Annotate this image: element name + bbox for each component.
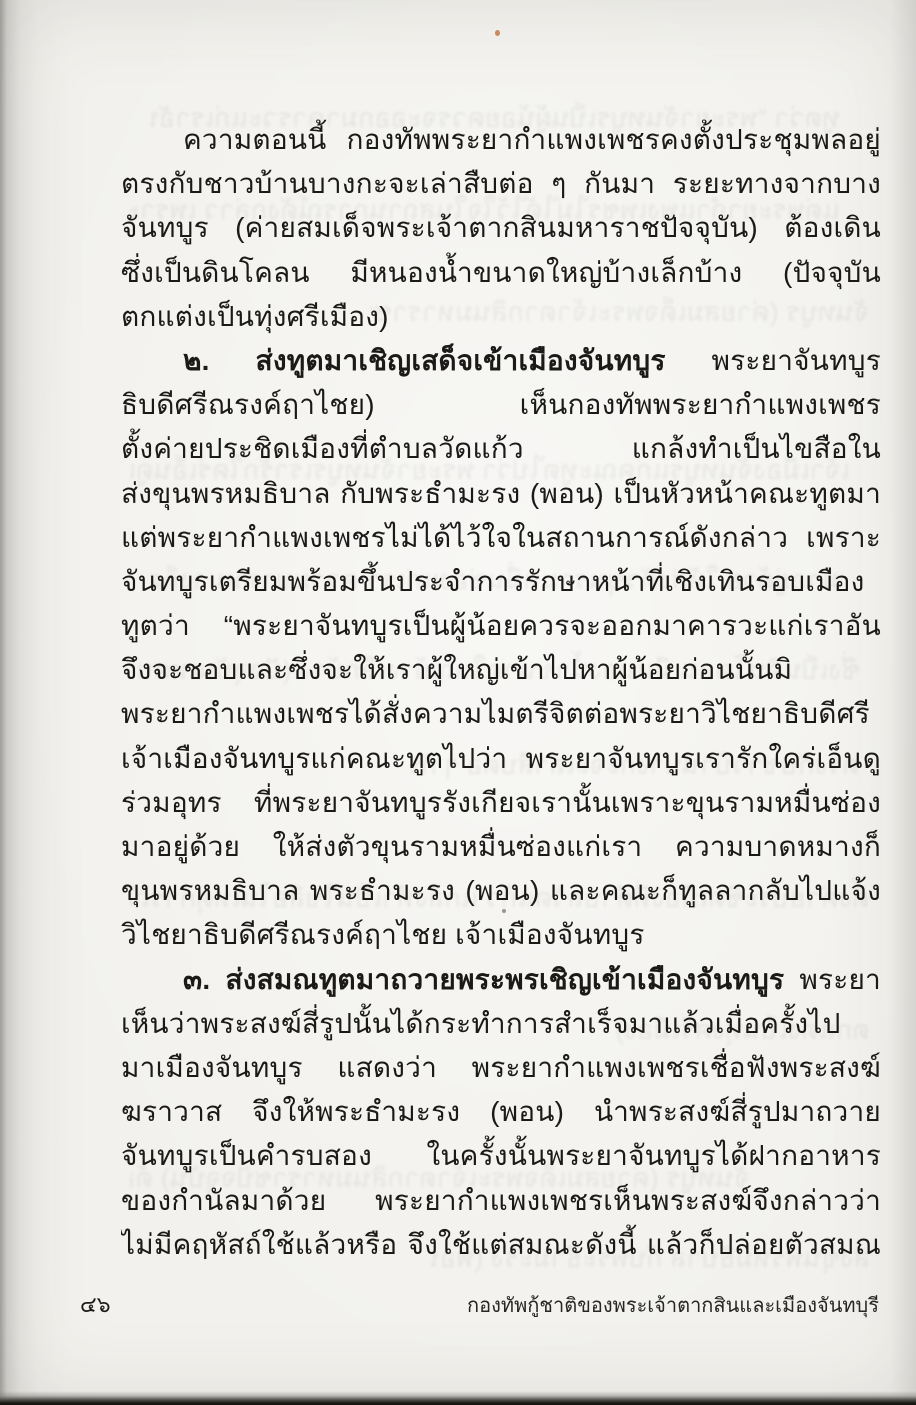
text-line: ธิบดีศรีณรงค์ฤาไชย) เห็นกองทัพพระยากำแพง…	[121, 383, 881, 427]
text-line: ซึ่งเป็นดินโคลน มีหนองน้ำขนาดใหญ่บ้างเล็…	[121, 251, 881, 295]
text-line: พระยากำแพงเพชรได้สั่งความไมตรีจิตต่อพระย…	[121, 692, 881, 736]
scan-speck-orange	[495, 30, 500, 36]
text-line: วิไชยาธิบดีศรีณรงค์ฤาไชย เจ้าเมืองจันทบู…	[121, 913, 881, 957]
text-line: จันทบูรเป็นคำรบสอง ในครั้งนั้นพระยาจันทบ…	[121, 1134, 881, 1178]
text-line: จันทบูรเตรียมพร้อมขึ้นประจำการรักษาหน้าท…	[121, 560, 881, 604]
page-footer: ๔๖ กองทัพกู้ชาติของพระเจ้าตากสินและเมือง…	[80, 1287, 879, 1322]
text-line: เจ้าเมืองจันทบูรแก่คณะทูตไปว่า พระยาจันท…	[121, 737, 881, 781]
text-line: ความตอนนี้ กองทัพพระยากำแพงเพชรคงตั้งประ…	[121, 118, 881, 162]
text-line: ขุนพรหมธิบาล พระธำมะรง (พอน) และคณะก็ทูล…	[121, 869, 881, 913]
text-line: ทูตว่า “พระยาจันทบูรเป็นผู้น้อยควรจะออกม…	[121, 604, 881, 648]
section-heading: ๒. ส่งทูตมาเชิญเสด็จเข้าเมืองจันทบูร	[183, 345, 666, 376]
text-line: ๓. ส่งสมณทูตมาถวายพระพรเชิญเข้าเมืองจันท…	[121, 958, 881, 1002]
text-line: ฆราวาส จึงให้พระธำมะรง (พอน) นำพระสงฆ์สี…	[121, 1090, 881, 1134]
book-page-scan: ทูตว่า “พระยาจันทบูรเป็นผู้น้อยควรจะออกม…	[0, 0, 916, 1405]
text-line: ส่งขุนพรหมธิบาล กับพระธำมะรง (พอน) เป็นห…	[121, 472, 881, 516]
text-line: แต่พระยากำแพงเพชรไม่ได้ไว้ใจในสถานการณ์ด…	[121, 516, 881, 560]
text-line: เห็นว่าพระสงฆ์สี่รูปนั้นได้กระทำการสำเร็…	[121, 1002, 881, 1046]
text-line: มาเมืองจันทบูร แสดงว่า พระยากำแพงเพชรเชื…	[121, 1046, 881, 1090]
text-line: จึงจะชอบและซึ่งจะให้เราผู้ใหญ่เข้าไปหาผู…	[121, 648, 881, 692]
scanner-bottom-edge	[0, 1391, 916, 1405]
text-line: ๒. ส่งทูตมาเชิญเสด็จเข้าเมืองจันทบูร พระ…	[121, 339, 881, 383]
text-line: ร่วมอุทร ที่พระยาจันทบูรรังเกียจเรานั้นเ…	[121, 781, 881, 825]
text-block: ความตอนนี้ กองทัพพระยากำแพงเพชรคงตั้งประ…	[121, 118, 881, 1267]
text-line: ตกแต่งเป็นทุ่งศรีเมือง)	[121, 295, 881, 339]
binding-shadow	[0, 0, 70, 1405]
text-line: ไม่มีคฤหัสถ์ใช้แล้วหรือ จึงใช้แต่สมณะดัง…	[121, 1223, 881, 1267]
page-number: ๔๖	[80, 1287, 111, 1322]
text-line: ตั้งค่ายประชิดเมืองที่ตำบลวัดแก้ว แกล้งท…	[121, 427, 881, 471]
text-line: มาอยู่ด้วย ให้ส่งตัวขุนรามหมื่นซ่องแก่เร…	[121, 825, 881, 869]
text-line: จันทบูร (ค่ายสมเด็จพระเจ้าตากสินมหาราชปั…	[121, 206, 881, 250]
running-title: กองทัพกู้ชาติของพระเจ้าตากสินและเมืองจัน…	[467, 1289, 879, 1321]
section-heading: ๓. ส่งสมณทูตมาถวายพระพรเชิญเข้าเมืองจันท…	[183, 964, 784, 995]
page-right-shade	[890, 0, 916, 1405]
text-line: ของกำนัลมาด้วย พระยากำแพงเพชรเห็นพระสงฆ์…	[121, 1179, 881, 1223]
text-line: ตรงกับชาวบ้านบางกะจะเล่าสืบต่อ ๆ กันมา ร…	[121, 162, 881, 206]
